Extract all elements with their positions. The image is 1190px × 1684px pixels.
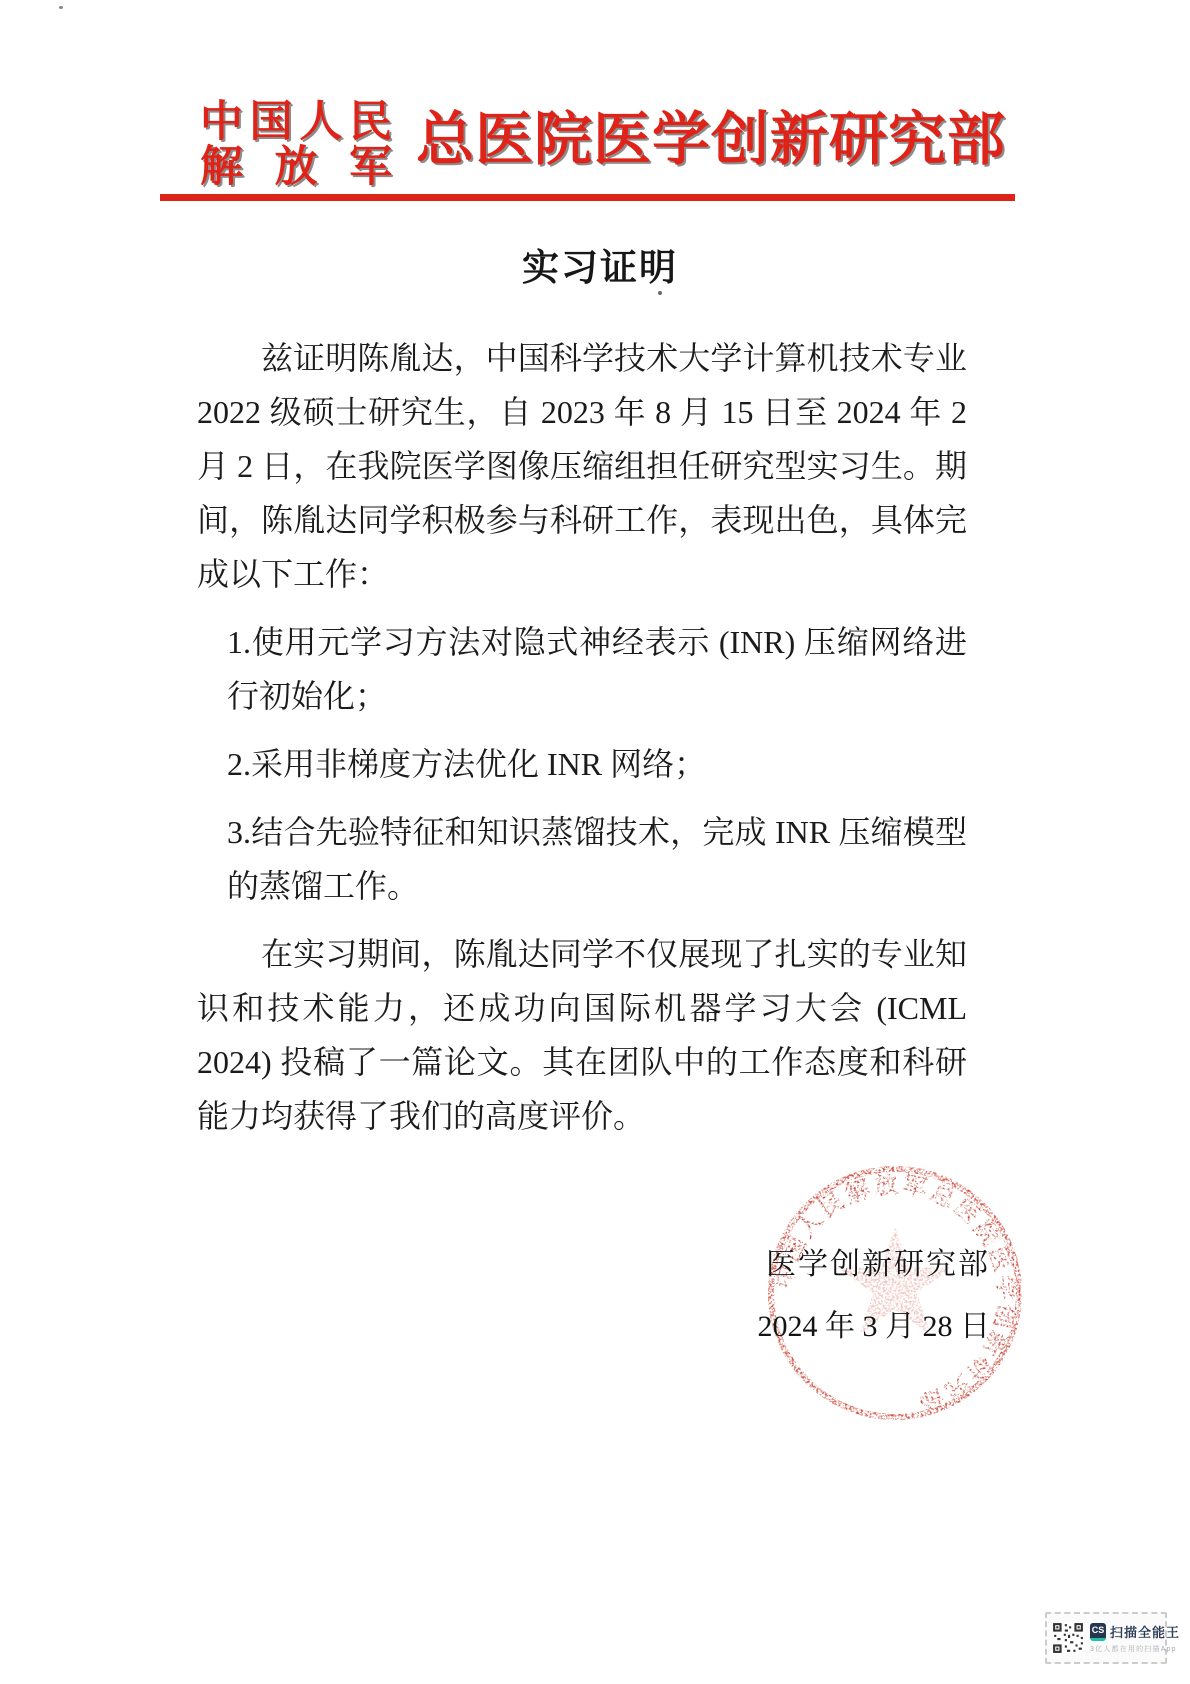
signature-department: 医学创新研究部 (758, 1247, 991, 1283)
scan-artifact-dot (658, 291, 662, 295)
scanned-certificate-page: 中国人民 解放军 总医院医学创新研究部 实习证明 兹证明陈胤达，中国科学技术大学… (0, 0, 1190, 1684)
letterhead-org-name: 中国人民 解放军 (200, 100, 392, 190)
letterhead-department-title: 总医院医学创新研究部 (416, 99, 1006, 181)
camscanner-app-name: 扫描全能王 (1110, 1622, 1180, 1641)
camscanner-logo-icon: CS (1090, 1623, 1106, 1641)
letterhead-rule (160, 194, 1015, 201)
qr-code-icon (1052, 1622, 1084, 1654)
document-body: 兹证明陈胤达，中国科学技术大学计算机技术专业 2022 级硕士研究生，自 202… (197, 331, 967, 1157)
document-title: 实习证明 (215, 237, 985, 291)
letterhead-org-line1: 中国人民 (200, 100, 392, 145)
signature-block: 医学创新研究部 2024 年 3 月 28 日 (758, 1247, 991, 1345)
work-item-1: 1.使用元学习方法对隐式神经表示 (INR) 压缩网络进行初始化； (227, 615, 967, 723)
scan-artifact-dot (59, 6, 63, 9)
scanner-watermark: CS 扫描全能王 3亿人都在用的扫描App (1045, 1612, 1167, 1664)
body-paragraph-2: 在实习期间，陈胤达同学不仅展现了扎实的专业知识和技术能力，还成功向国际机器学习大… (197, 927, 967, 1143)
work-item-2: 2.采用非梯度方法优化 INR 网络； (227, 737, 967, 791)
body-paragraph-1: 兹证明陈胤达，中国科学技术大学计算机技术专业 2022 级硕士研究生，自 202… (197, 331, 967, 601)
camscanner-tagline: 3亿人都在用的扫描App (1090, 1644, 1180, 1654)
letterhead-org-line2: 解放军 (200, 145, 392, 190)
signature-date: 2024 年 3 月 28 日 (758, 1309, 991, 1345)
work-item-3: 3.结合先验特征和知识蒸馏技术，完成 INR 压缩模型的蒸馏工作。 (227, 805, 967, 913)
